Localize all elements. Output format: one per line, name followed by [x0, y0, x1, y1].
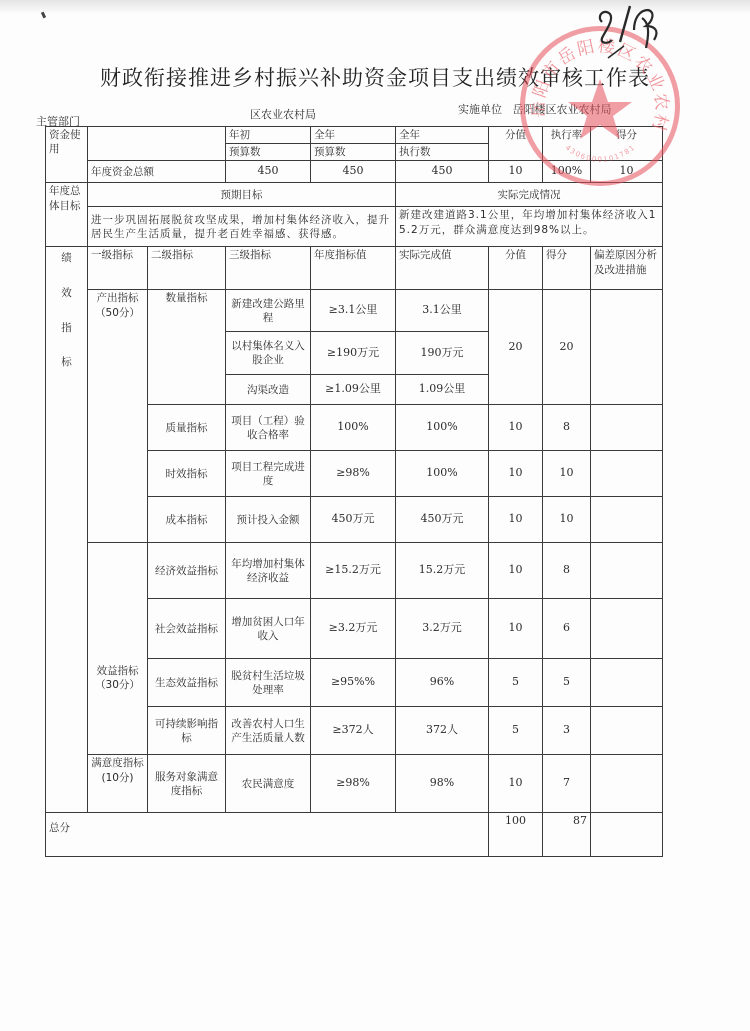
score-value: 10 — [489, 755, 543, 813]
level1-indicator: 效益指标（30分） — [88, 543, 148, 755]
annual-budget-header-2: 预算数 — [311, 144, 396, 161]
score-obtained: 5 — [543, 659, 591, 707]
level2-indicator: 时效指标 — [148, 451, 226, 497]
total-score: 87 — [543, 813, 591, 857]
annual-budget-header-1: 全年 — [311, 127, 396, 144]
actual-value: 96% — [396, 659, 489, 707]
goals-content-row: 进一步巩固拓展脱贫攻坚成果，增加村集体经济收入，提升居民生产生活质量，提升老百姓… — [46, 207, 663, 247]
score-value: 10 — [489, 497, 543, 543]
deviation-header: 偏差原因分析及改进措施 — [591, 247, 663, 290]
score-value: 10 — [489, 543, 543, 599]
score-value: 5 — [489, 659, 543, 707]
annual-executed-header-2: 执行数 — [396, 144, 489, 161]
level3-indicator: 项目（工程）验收合格率 — [226, 405, 311, 451]
level2-indicator: 质量指标 — [148, 405, 226, 451]
deviation-cell — [591, 497, 663, 543]
goals-section-label: 年度总体目标 — [46, 183, 88, 247]
total-deviation-cell — [591, 813, 663, 857]
implementing-unit: 实施单位 岳阳楼区农业农村局 — [458, 101, 612, 117]
level2-indicator: 经济效益指标 — [148, 543, 226, 599]
level3-indicator: 改善农村人口生产生活质量人数 — [226, 707, 311, 755]
level3-indicator: 新建改建公路里程 — [226, 290, 311, 332]
performance-label-char: 绩 — [49, 252, 84, 265]
performance-label-char: 效 — [49, 287, 84, 300]
deviation-cell — [591, 290, 663, 405]
level3-indicator: 增加贫困人口年收入 — [226, 599, 311, 659]
target-value: ≥372人 — [311, 707, 396, 755]
supervising-dept-value: 区农业农村局 — [250, 106, 316, 122]
score-obtained: 10 — [543, 497, 591, 543]
target-value: ≥98% — [311, 451, 396, 497]
funds-total-row: 年度资金总额 450 450 450 10 100% 10 — [46, 161, 663, 183]
level3-indicator: 预计投入金额 — [226, 497, 311, 543]
score-value: 10 — [489, 451, 543, 497]
expected-goal-header: 预期目标 — [88, 183, 396, 207]
annual-executed-value: 450 — [396, 161, 489, 183]
level3-indicator: 沟渠改造 — [226, 375, 311, 405]
funds-score-value-header: 分值 — [489, 127, 543, 161]
funds-header-row-1: 资金使用 年初 全年 全年 分值 执行率 得分 — [46, 127, 663, 144]
execution-rate-header: 执行率 — [543, 127, 591, 161]
table-body: 资金使用 年初 全年 全年 分值 执行率 得分 预算数 预算数 执行数 年度资金… — [46, 127, 663, 857]
score-obtained: 6 — [543, 599, 591, 659]
level2-indicator: 服务对象满意度指标 — [148, 755, 226, 813]
funds-score-value: 10 — [489, 161, 543, 183]
score-obtained: 8 — [543, 543, 591, 599]
deviation-cell — [591, 659, 663, 707]
initial-budget-value: 450 — [226, 161, 311, 183]
score-obtained: 20 — [543, 290, 591, 405]
actual-result-text: 新建改建道路3.1公里，年均增加村集体经济收入15.2万元，群众满意度达到98%… — [396, 207, 663, 247]
funds-blank-cell — [88, 127, 226, 161]
target-value: ≥3.2万元 — [311, 599, 396, 659]
expected-goal-text: 进一步巩固拓展脱贫攻坚成果，增加村集体经济收入，提升居民生产生活质量，提升老百姓… — [88, 207, 396, 247]
funds-score-value-obtained: 10 — [591, 161, 663, 183]
score-value: 10 — [489, 405, 543, 451]
score-obtained: 10 — [543, 451, 591, 497]
performance-section-label: 绩效指标 — [46, 247, 88, 813]
actual-value: 98% — [396, 755, 489, 813]
actual-value: 372人 — [396, 707, 489, 755]
level1-indicator: 产出指标（50分） — [88, 290, 148, 543]
target-header: 年度指标值 — [311, 247, 396, 290]
funds-score-header: 得分 — [591, 127, 663, 161]
indicator-row: 产出指标（50分）数量指标新建改建公路里程≥3.1公里3.1公里2020 — [46, 290, 663, 332]
actual-result-header: 实际完成情况 — [396, 183, 663, 207]
actual-value: 450万元 — [396, 497, 489, 543]
deviation-cell — [591, 599, 663, 659]
level2-indicator: 生态效益指标 — [148, 659, 226, 707]
level3-indicator: 项目工程完成进度 — [226, 451, 311, 497]
funds-section-label: 资金使用 — [46, 127, 88, 183]
actual-value: 15.2万元 — [396, 543, 489, 599]
annual-budget-value: 450 — [311, 161, 396, 183]
annual-total-label: 年度资金总额 — [88, 161, 226, 183]
actual-value: 190万元 — [396, 332, 489, 375]
indicator-row: 效益指标（30分）经济效益指标年均增加村集体经济收益≥15.2万元15.2万元1… — [46, 543, 663, 599]
target-value: ≥98% — [311, 755, 396, 813]
actual-value: 3.1公里 — [396, 290, 489, 332]
actual-value: 3.2万元 — [396, 599, 489, 659]
actual-value: 100% — [396, 451, 489, 497]
target-value: 450万元 — [311, 497, 396, 543]
deviation-cell — [591, 755, 663, 813]
performance-label-char: 指 — [49, 322, 84, 335]
level3-indicator: 脱贫村生活垃圾处理率 — [226, 659, 311, 707]
target-value: ≥95%% — [311, 659, 396, 707]
deviation-cell — [591, 405, 663, 451]
target-value: ≥15.2万元 — [311, 543, 396, 599]
performance-label-char: 标 — [49, 356, 84, 369]
implementing-unit-label: 实施单位 — [458, 103, 502, 116]
level3-indicator: 以村集体名义入股企业 — [226, 332, 311, 375]
level2-indicator: 成本指标 — [148, 497, 226, 543]
target-value: ≥3.1公里 — [311, 290, 396, 332]
score-value: 10 — [489, 599, 543, 659]
deviation-cell — [591, 451, 663, 497]
scanned-page: 财政衔接推进乡村振兴补助资金项目支出绩效审核工作表 主管部门 区农业农村局 实施… — [0, 0, 750, 1031]
level2-indicator: 可持续影响指标 — [148, 707, 226, 755]
target-value: 100% — [311, 405, 396, 451]
implementing-unit-value: 岳阳楼区农业农村局 — [513, 103, 612, 116]
score-obtained: 3 — [543, 707, 591, 755]
level2-indicator: 数量指标 — [148, 290, 226, 405]
total-row: 总分10087 — [46, 813, 663, 857]
page-title: 财政衔接推进乡村振兴补助资金项目支出绩效审核工作表 — [0, 62, 750, 92]
actual-value: 1.09公里 — [396, 375, 489, 405]
level3-indicator: 农民满意度 — [226, 755, 311, 813]
target-value: ≥1.09公里 — [311, 375, 396, 405]
score-header: 得分 — [543, 247, 591, 290]
indicator-header-row: 绩效指标 一级指标 二级指标 三级指标 年度指标值 实际完成值 分值 得分 偏差… — [46, 247, 663, 290]
level3-header: 三级指标 — [226, 247, 311, 290]
total-label: 总分 — [46, 813, 489, 857]
level2-indicator: 社会效益指标 — [148, 599, 226, 659]
scan-edge-shadow — [0, 0, 750, 14]
deviation-cell — [591, 543, 663, 599]
level3-indicator: 年均增加村集体经济收益 — [226, 543, 311, 599]
performance-review-table: 资金使用 年初 全年 全年 分值 执行率 得分 预算数 预算数 执行数 年度资金… — [45, 126, 663, 857]
level1-header: 一级指标 — [88, 247, 148, 290]
execution-rate-value: 100% — [543, 161, 591, 183]
level1-indicator: 满意度指标(10分) — [88, 755, 148, 813]
indicator-row: 满意度指标(10分)服务对象满意度指标农民满意度≥98%98%107 — [46, 755, 663, 813]
deviation-cell — [591, 707, 663, 755]
score-value-header: 分值 — [489, 247, 543, 290]
score-obtained: 8 — [543, 405, 591, 451]
goals-header-row: 年度总体目标 预期目标 实际完成情况 — [46, 183, 663, 207]
actual-header: 实际完成值 — [396, 247, 489, 290]
initial-budget-header-1: 年初 — [226, 127, 311, 144]
score-value: 5 — [489, 707, 543, 755]
target-value: ≥190万元 — [311, 332, 396, 375]
annual-executed-header-1: 全年 — [396, 127, 489, 144]
initial-budget-header-2: 预算数 — [226, 144, 311, 161]
level2-header: 二级指标 — [148, 247, 226, 290]
actual-value: 100% — [396, 405, 489, 451]
total-score-value: 100 — [489, 813, 543, 857]
score-obtained: 7 — [543, 755, 591, 813]
score-value: 20 — [489, 290, 543, 405]
